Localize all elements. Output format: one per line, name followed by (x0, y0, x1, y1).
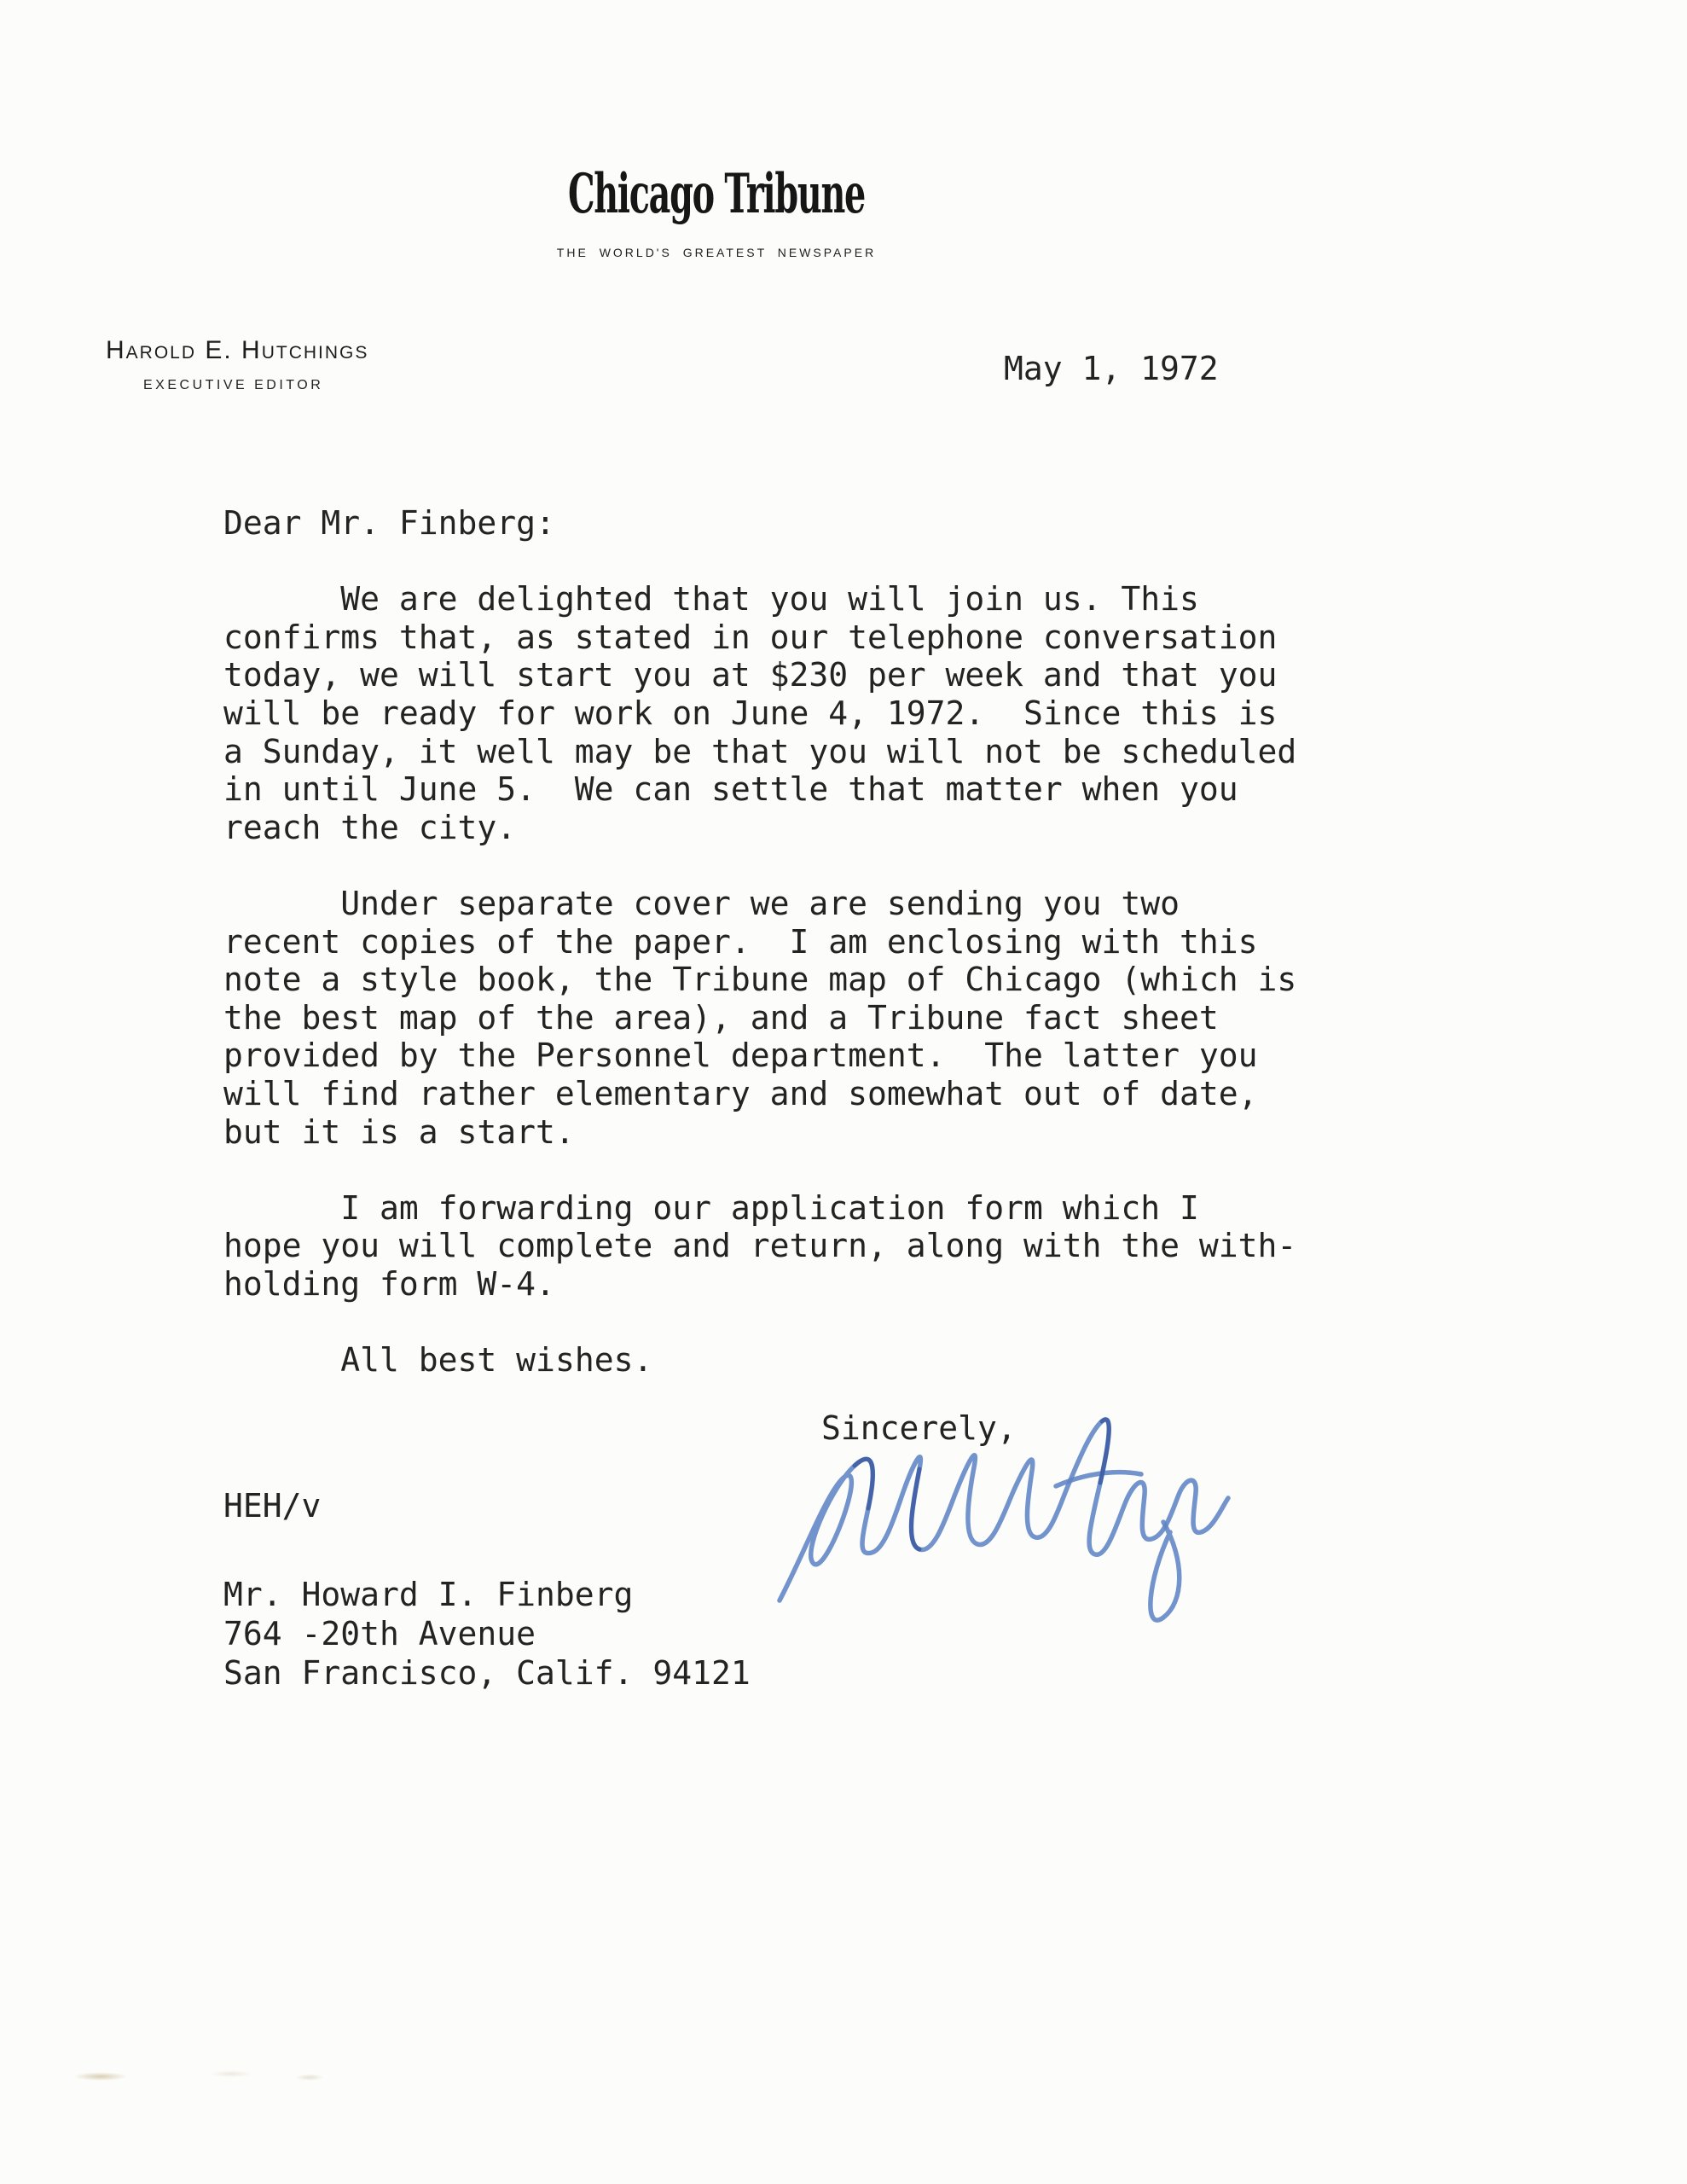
letter-date: May 1, 1972 (1004, 350, 1219, 388)
paragraph-3: I am forwarding our application form whi… (223, 1189, 1358, 1304)
closing-line: All best wishes. (223, 1341, 1358, 1380)
scanned-letter-page: Chicago Tribune THE WORLD'S GREATEST NEW… (0, 0, 1687, 2184)
sender-name: Harold E. Hutchings (106, 336, 368, 365)
greeting: Dear Mr. Finberg: (223, 504, 1358, 543)
paragraph-1: We are delighted that you will join us. … (223, 580, 1358, 846)
sincerely-closing: Sincerely, (821, 1409, 1017, 1448)
scan-smudge (73, 2072, 128, 2081)
sender-title: EXECUTIVE EDITOR (143, 378, 323, 393)
scan-smudge (295, 2074, 324, 2081)
paragraph-2: Under separate cover we are sending you … (223, 885, 1358, 1151)
typist-initials: HEH/v (223, 1487, 321, 1525)
recipient-address: Mr. Howard I. Finberg 764 -20th Avenue S… (223, 1575, 751, 1693)
letter-body: Dear Mr. Finberg: We are delighted that … (223, 504, 1358, 1417)
chicago-tribune-logo: Chicago Tribune (568, 167, 865, 222)
signature-stroke-tail (1056, 1472, 1180, 1620)
scan-smudge (210, 2071, 252, 2077)
letterhead-tagline: THE WORLD'S GREATEST NEWSPAPER (557, 246, 876, 259)
